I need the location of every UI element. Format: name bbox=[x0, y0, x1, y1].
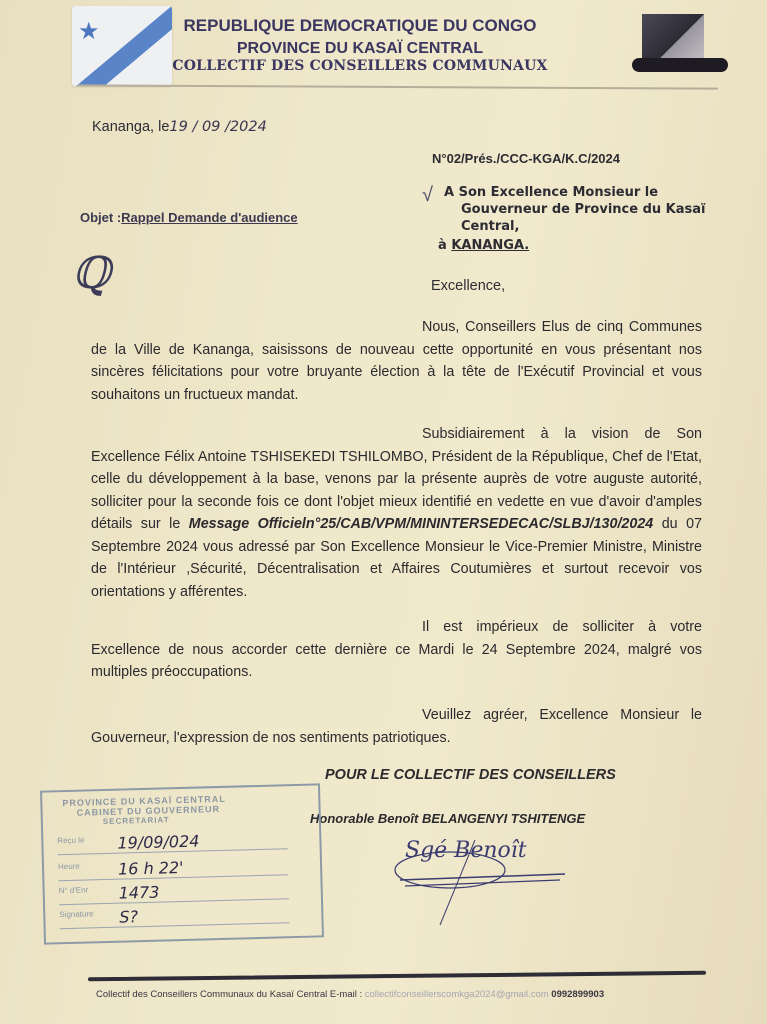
stamp-field-received: Reçu le19/09/024 bbox=[57, 830, 287, 855]
drc-flag-icon: ★ bbox=[72, 6, 172, 86]
stamp-field-registration: N° d'Enr1473 bbox=[59, 880, 289, 905]
recipient-line-4: à KANANGA. bbox=[426, 237, 726, 254]
star-icon: ★ bbox=[78, 20, 100, 44]
header-collective: COLLECTIF DES CONSEILLERS COMMUNAUX bbox=[170, 58, 550, 74]
paragraph-1: Nous, Conseillers Elus de cinq Communes … bbox=[91, 316, 702, 406]
stamp-title: PROVINCE DU KASAÏ CENTRAL CABINET DU GOU… bbox=[62, 794, 226, 827]
place-date: Kananga, le19 / 09 /2024 bbox=[92, 116, 267, 139]
paragraph-3-text: Il est impérieux de solliciter à votre E… bbox=[91, 619, 702, 680]
paragraph-1-text: Nous, Conseillers Elus de cinq Communes … bbox=[91, 319, 702, 403]
coat-of-arms-ribbon bbox=[632, 58, 728, 72]
recipient-block: A Son Excellence Monsieur le Gouverneur … bbox=[426, 184, 726, 254]
paragraph-4-text: Veuillez agréer, Excellence Monsieur le … bbox=[91, 707, 702, 746]
object-line: Objet :Rappel Demande d'audience bbox=[80, 206, 298, 229]
object-value: Rappel Demande d'audience bbox=[121, 210, 297, 225]
reference-number: N°02/Prés./CCC-KGA/K.C/2024 bbox=[432, 147, 620, 170]
signature-block-title: POUR LE COLLECTIF DES CONSEILLERS bbox=[325, 767, 616, 783]
stamp-label: Signature bbox=[59, 909, 93, 919]
signature-strokes bbox=[380, 830, 580, 930]
object-label: Objet : bbox=[80, 210, 121, 225]
handwritten-initials: ℚ bbox=[72, 248, 110, 299]
paragraph-4: Veuillez agréer, Excellence Monsieur le … bbox=[91, 704, 702, 749]
stamp-label: Heure bbox=[58, 862, 80, 872]
signatory-name: Honorable Benoît BELANGENYI TSHITENGE bbox=[310, 811, 585, 826]
paragraph-2: Subsidiairement à la vision de Son Excel… bbox=[91, 423, 702, 603]
stamp-value: 1473 bbox=[118, 883, 159, 903]
stamp-value: S? bbox=[119, 907, 138, 926]
stamp-value: 16 h 22' bbox=[118, 858, 184, 879]
recipient-city: KANANGA. bbox=[451, 238, 529, 253]
footer: Collectif des Conseillers Communaux du K… bbox=[96, 989, 604, 1000]
reception-stamp: PROVINCE DU KASAÏ CENTRAL CABINET DU GOU… bbox=[40, 783, 324, 944]
footer-org: Collectif des Conseillers Communaux du K… bbox=[96, 989, 365, 1000]
handwritten-date: 19 / 09 /2024 bbox=[169, 119, 266, 135]
paragraph-3: Il est impérieux de solliciter à votre E… bbox=[91, 616, 702, 684]
stamp-label: Reçu le bbox=[57, 836, 84, 846]
salutation: Excellence, bbox=[431, 275, 505, 298]
stamp-field-signature: SignatureS? bbox=[59, 904, 289, 929]
header-divider bbox=[78, 84, 718, 89]
footer-divider bbox=[88, 971, 706, 981]
header-country: REPUBLIQUE DEMOCRATIQUE DU CONGO bbox=[180, 16, 540, 36]
stamp-value: 19/09/024 bbox=[117, 832, 200, 853]
header-province: PROVINCE DU KASAÏ CENTRAL bbox=[180, 40, 540, 58]
recipient-line-3: Central, bbox=[426, 218, 726, 235]
recipient-prefix: à bbox=[438, 238, 451, 253]
footer-phone: 0992899903 bbox=[549, 989, 604, 1000]
stamp-field-time: Heure16 h 22' bbox=[58, 856, 288, 881]
recipient-line-2: Gouverneur de Province du Kasaï bbox=[426, 201, 726, 218]
stamp-label: N° d'Enr bbox=[59, 885, 89, 895]
recipient-line-1: A Son Excellence Monsieur le bbox=[426, 184, 726, 201]
place-date-prefix: Kananga, le bbox=[92, 119, 169, 135]
coat-of-arms-icon bbox=[642, 14, 704, 64]
footer-email[interactable]: collectifconseillerscomkga2024@gmail.com bbox=[365, 989, 549, 1000]
message-reference: Message Officieln°25/CAB/VPM/MININTERSED… bbox=[189, 516, 653, 532]
